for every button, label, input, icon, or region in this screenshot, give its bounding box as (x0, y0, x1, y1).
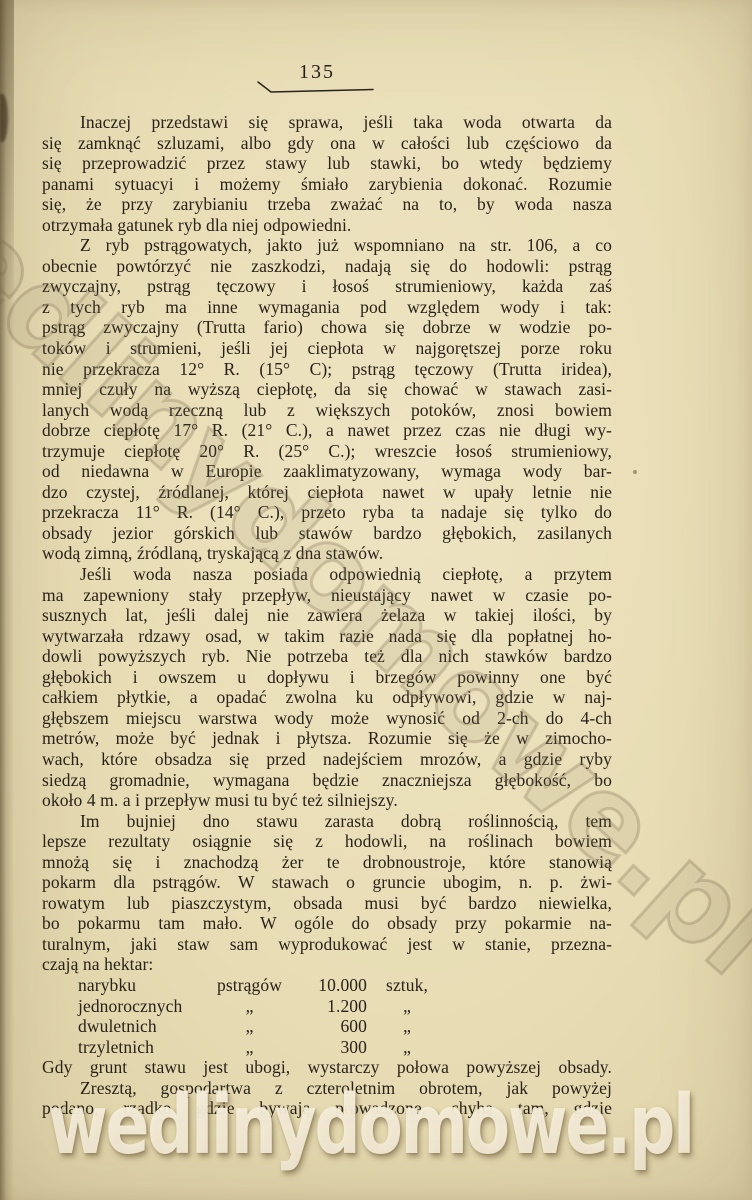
table-cell-unit: „ (367, 996, 447, 1017)
text-line: rowatym lub piaszczystym, obsada musi by… (42, 893, 612, 914)
text-line: dobrze ciepłotę 17° R. (21° C.), a nawet… (42, 420, 612, 441)
text-line: trzymuje ciepłotę 20° R. (25° C.); wresz… (42, 441, 612, 462)
text-line: lanych wodą rzeczną lub z większych poto… (42, 400, 612, 421)
table-cell-unit: „ (367, 1016, 447, 1037)
text-line: od niedawna w Europie zaaklimatyzowany, … (42, 461, 612, 482)
page-number-underline (257, 81, 375, 95)
text-line: mnożą się i znachodzą żer te drobnoustro… (42, 852, 612, 873)
text-line: całkiem płytkie, a opadać zwolna ku odpł… (42, 687, 612, 708)
text-line: siedzą gromadnie, wymagana będzie znaczn… (42, 770, 612, 791)
table-cell-unit: „ (367, 1037, 447, 1058)
book-page-scan: 135 Inaczej przedstawi się sprawa, jeśli… (0, 0, 752, 1200)
table-cell-count: 10.000 (297, 975, 367, 996)
text-line: panami sytuacyi i możemy śmiało zarybien… (42, 174, 612, 195)
text-line: nie przekracza 12° R. (15° C); pstrąg tę… (42, 359, 612, 380)
text-line: się zamknąć szluzami, albo gdy ona w cał… (42, 133, 612, 154)
text-line: się przeprowadzić przez stawy lub stawki… (42, 153, 612, 174)
table-cell-count: 300 (297, 1037, 367, 1058)
text-line: Inaczej przedstawi się sprawa, jeśli tak… (42, 112, 612, 133)
page-gutter-shadow (0, 0, 14, 1200)
text-line: wytwarzała rdzawy osad, w takim razie na… (42, 626, 612, 647)
stocking-table-row: narybkupstrągów10.000sztuk, (42, 975, 612, 996)
table-cell-label: narybku (42, 975, 202, 996)
text-line: wach, które obsadza się przed nadejściem… (42, 749, 612, 770)
paper-speck (633, 470, 637, 474)
text-line: ma zapewniony stały przepływ, nieustając… (42, 585, 612, 606)
text-line: się, że przy zarybianiu trzeba zważać na… (42, 194, 612, 215)
text-line: otrzymała gatunek ryb dla niej odpowiedn… (42, 215, 612, 236)
text-line: Gdy grunt stawu jest ubogi, wystarczy po… (42, 1057, 612, 1078)
text-line: czają na hektar: (42, 954, 612, 975)
text-line: około 4 m. a i przepływ musi tu być też … (42, 790, 612, 811)
text-line: dzo czystej, źródlanej, której ciepłota … (42, 482, 612, 503)
page-body: Inaczej przedstawi się sprawa, jeśli tak… (42, 112, 612, 1119)
table-cell-species: „ (202, 1037, 297, 1058)
text-line: obecnie powtórzyć nie zaszkodzi, nadają … (42, 256, 612, 277)
table-cell-label: trzyletnich (42, 1037, 202, 1058)
text-line: Im bujniej dno stawu zarasta dobrą rośli… (42, 811, 612, 832)
stocking-table-row: jednorocznych„1.200„ (42, 996, 612, 1017)
text-line: Z ryb pstrągowatych, jakto już wspomnian… (42, 235, 612, 256)
text-line: Zresztą, gospodartwa z czteroletnim obro… (42, 1078, 612, 1099)
text-line: głębszem miejscu warstwa wody może wynos… (42, 708, 612, 729)
table-cell-species: „ (202, 1016, 297, 1037)
text-line: dowli powyższych ryb. Nie potrzeba też d… (42, 646, 612, 667)
stocking-table-row: dwuletnich„600„ (42, 1016, 612, 1037)
text-line: obsady jezior górskich lub stawów bardzo… (42, 523, 612, 544)
table-cell-unit: sztuk, (367, 975, 447, 996)
table-cell-species: „ (202, 996, 297, 1017)
text-line: pokarm dla pstrągów. W stawach o gruncie… (42, 872, 612, 893)
text-line: mniej czuły na wyższą ciepłotę, da się c… (42, 379, 612, 400)
text-line: susznych lat, jeśli dalej nie zawiera że… (42, 605, 612, 626)
text-line: toków i strumieni, jeśli jej ciepłota w … (42, 338, 612, 359)
text-line: bo pokarmu tam mało. W ogóle do obsady p… (42, 913, 612, 934)
text-line: podano, rzadko gdzie bywają prowadzone, … (42, 1098, 612, 1119)
text-line: z tych ryb ma inne wymagania pod względe… (42, 297, 612, 318)
table-cell-label: jednorocznych (42, 996, 202, 1017)
text-line: przekracza 11° R. (14° C.), przeto ryba … (42, 502, 612, 523)
text-line: zwyczajny, pstrąg tęczowy i łosoś strumi… (42, 276, 612, 297)
text-line: wodą zimną, źródlaną, tryskającą z dna s… (42, 543, 612, 564)
table-cell-count: 1.200 (297, 996, 367, 1017)
text-line: lepsze rezultaty osiągnie się z hodowli,… (42, 831, 612, 852)
text-line: Jeśli woda nasza posiada odpowiednią cie… (42, 564, 612, 585)
text-line: głębokich i owszem u dopływu i brzegów p… (42, 667, 612, 688)
stocking-table-row: trzyletnich„300„ (42, 1037, 612, 1058)
text-line: pstrąg zwyczajny (Trutta fario) chowa si… (42, 317, 612, 338)
text-line: metrów, może być jednak i płytsza. Rozum… (42, 728, 612, 749)
table-cell-count: 600 (297, 1016, 367, 1037)
table-cell-species: pstrągów (202, 975, 297, 996)
table-cell-label: dwuletnich (42, 1016, 202, 1037)
text-line: turalnym, jaki staw sam wyprodukować jes… (42, 934, 612, 955)
